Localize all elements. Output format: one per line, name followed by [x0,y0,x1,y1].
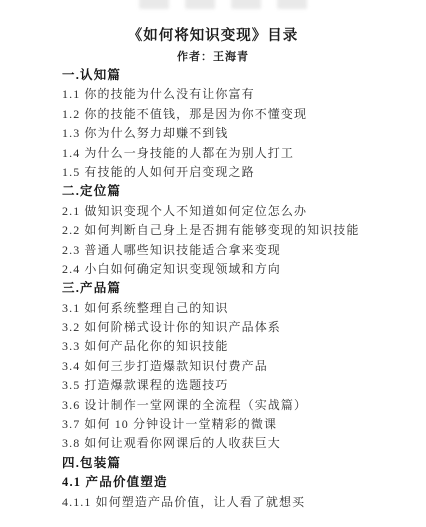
watermark-glyph [277,0,307,9]
section-heading: 四.包装篇 [62,454,406,473]
section-heading: 三.产品篇 [62,279,406,298]
page-title: 《如何将知识变现》目录 [0,24,426,45]
toc-item: 2.2 如何判断自己身上是否拥有能够变现的知识技能 [62,221,406,240]
toc-item: 3.3 如何产品化你的知识技能 [62,337,406,356]
toc-item: 4.1.1 如何塑造产品价值，让人看了就想买 [62,493,406,512]
author-line: 作者：王海青 [0,48,426,64]
watermark-glyph [139,0,169,9]
subsection-heading: 4.1 产品价值塑造 [62,473,406,492]
toc-item: 3.4 如何三步打造爆款知识付费产品 [62,357,406,376]
toc-item: 1.3 你为什么努力却赚不到钱 [62,124,406,143]
toc-item: 3.1 如何系统整理自己的知识 [62,299,406,318]
toc-item: 3.6 设计制作一堂网课的全流程（实战篇） [62,396,406,415]
toc-item: 3.8 如何让观看你网课后的人收获巨大 [62,434,406,453]
watermark-glyph [185,0,215,9]
toc-item: 3.7 如何 10 分钟设计一堂精彩的微课 [62,415,406,434]
toc-item: 2.1 做知识变现个人不知道如何定位怎么办 [62,202,406,221]
section-heading: 二.定位篇 [62,182,406,201]
section-heading: 一.认知篇 [62,66,406,85]
toc-item: 2.4 小白如何确定知识变现领域和方向 [62,260,406,279]
document-page: 《如何将知识变现》目录 作者：王海青 一.认知篇 1.1 你的技能为什么没有让你… [0,0,426,527]
toc-item: 3.2 如何阶梯式设计你的知识产品体系 [62,318,406,337]
watermark-glyph [231,0,261,9]
toc-item: 3.5 打造爆款课程的选题技巧 [62,376,406,395]
watermark [139,0,307,9]
toc-item: 1.4 为什么一身技能的人都在为别人打工 [62,144,406,163]
toc-item: 1.5 有技能的人如何开启变现之路 [62,163,406,182]
toc-item: 2.3 普通人哪些知识技能适合拿来变现 [62,241,406,260]
toc-item: 1.2 你的技能不值钱，那是因为你不懂变现 [62,105,406,124]
toc-item: 1.1 你的技能为什么没有让你富有 [62,85,406,104]
table-of-contents: 一.认知篇 1.1 你的技能为什么没有让你富有 1.2 你的技能不值钱，那是因为… [62,66,406,512]
